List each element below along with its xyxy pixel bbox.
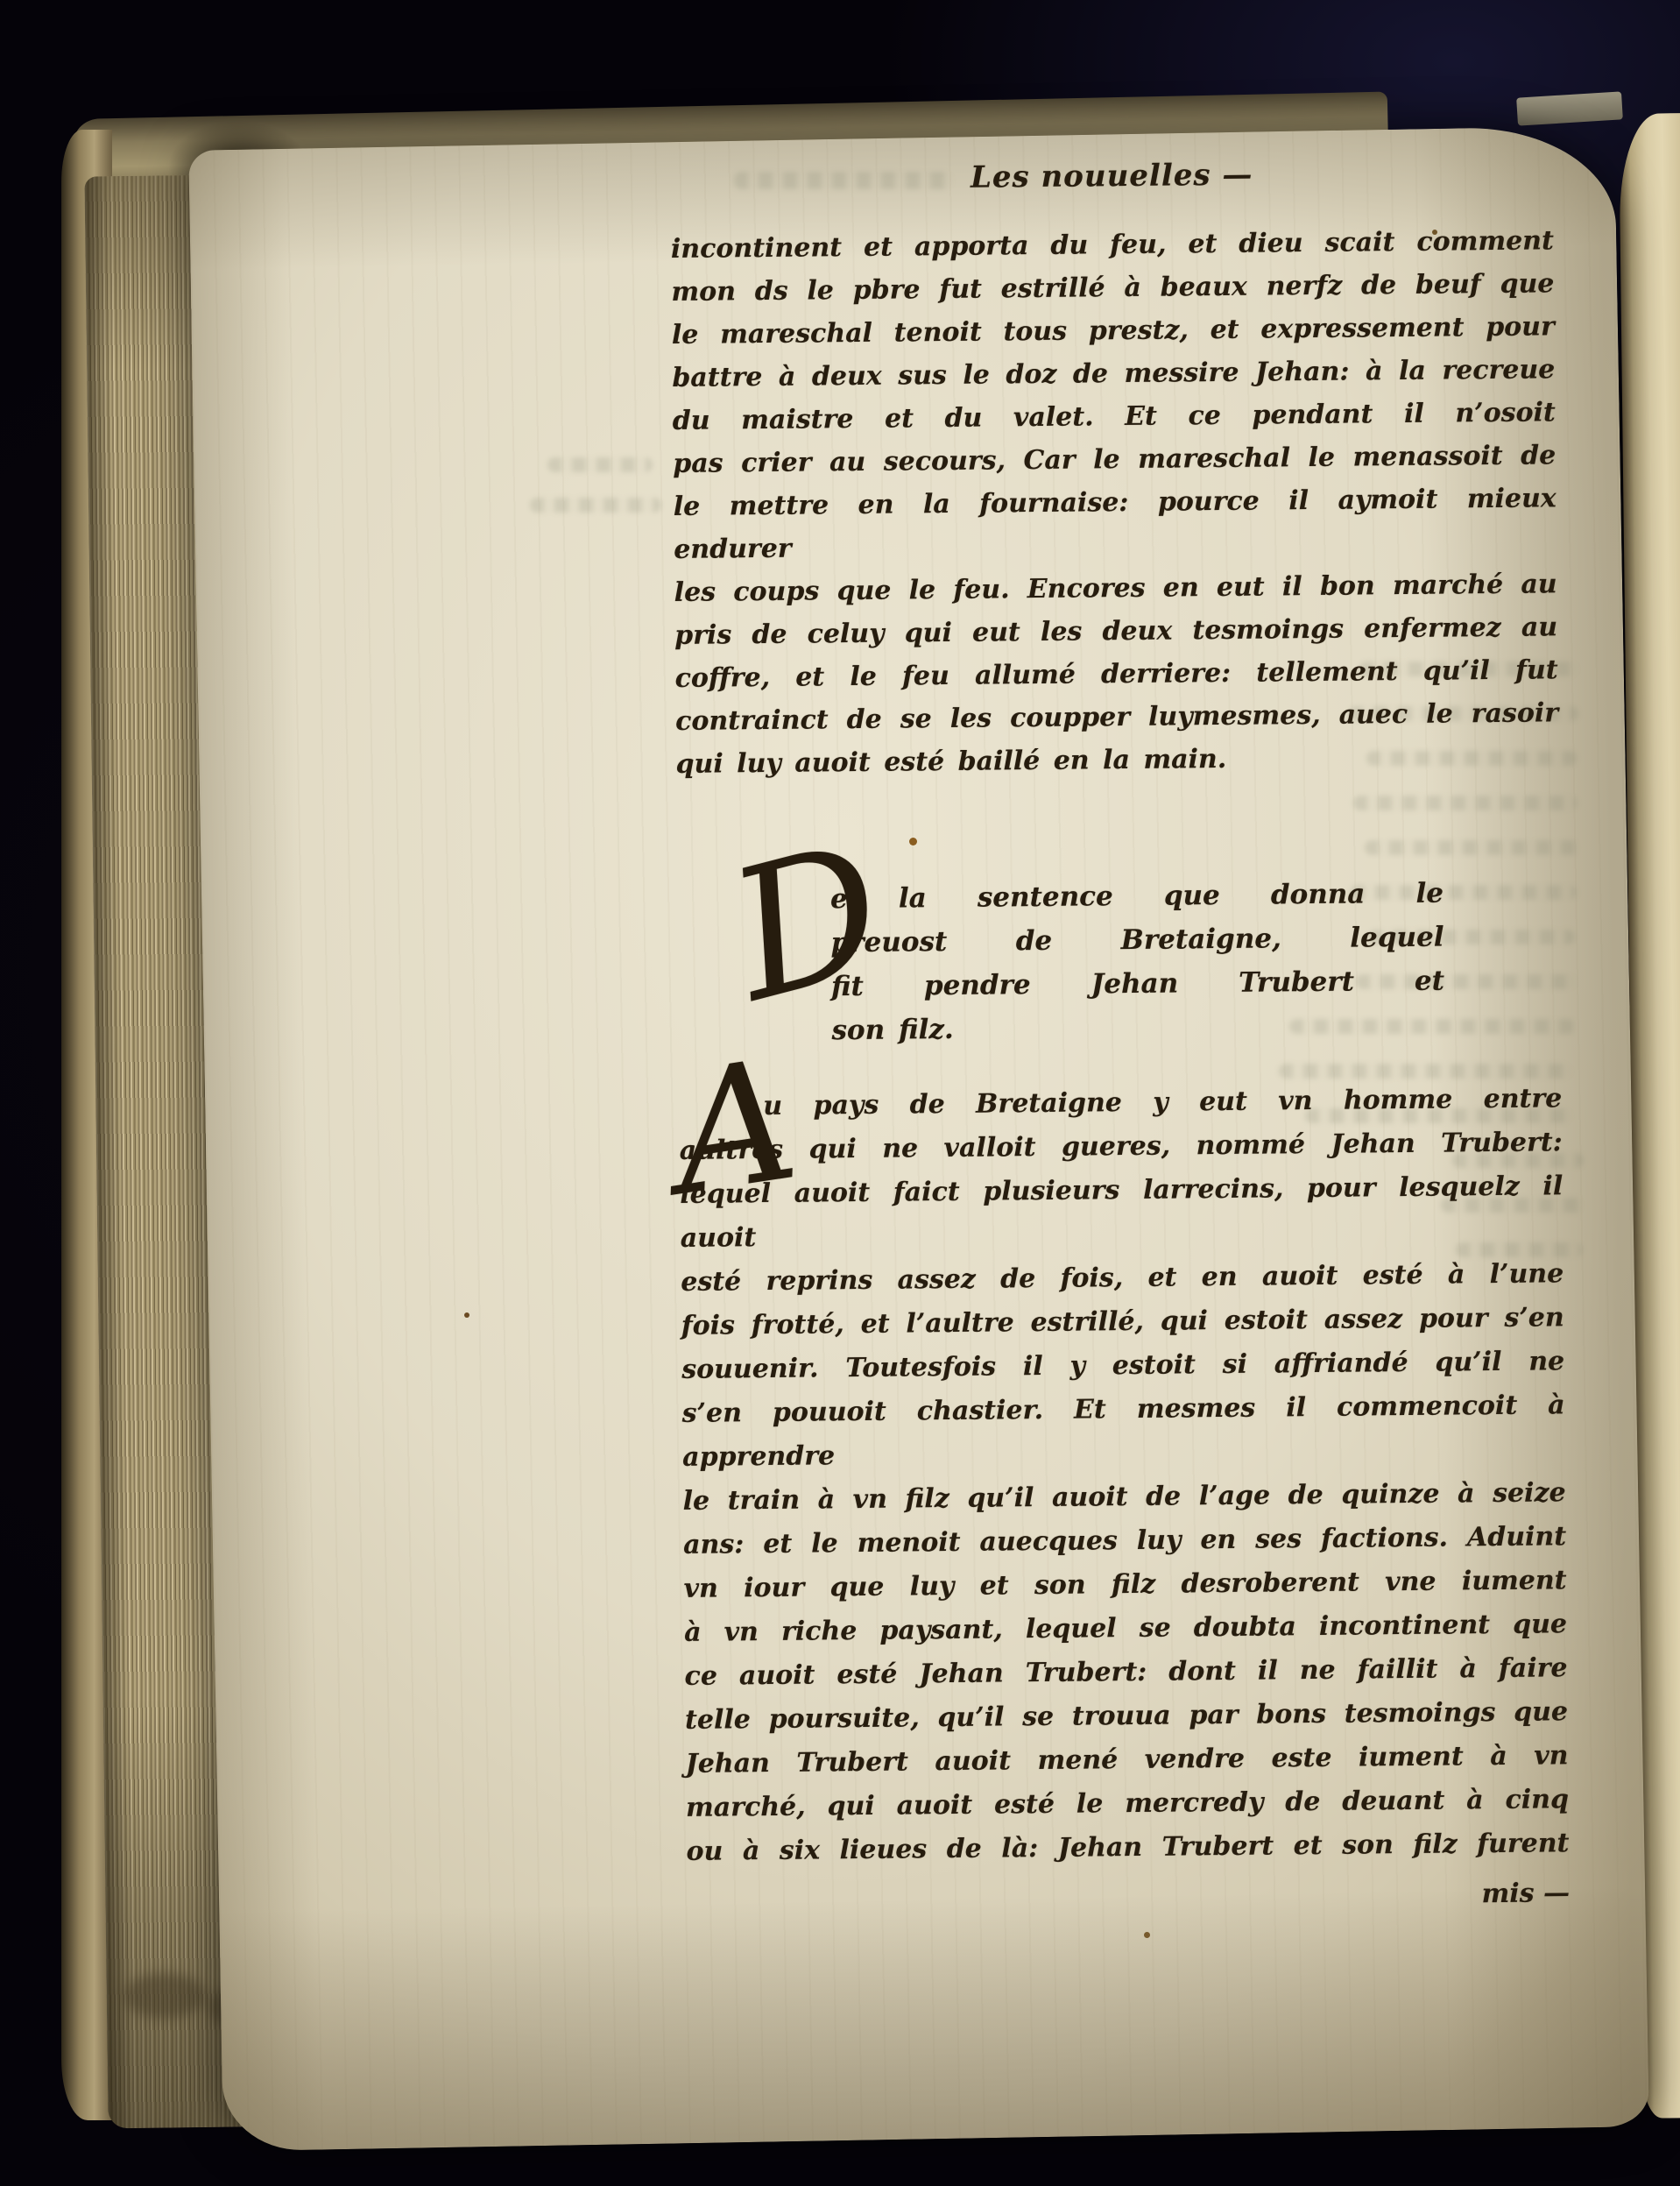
drop-cap-a: A [662, 1036, 806, 1219]
text-line: qui luy auoit esté baillé en la main. [675, 734, 1558, 786]
text-line: preuost de Bretaigne, lequel [830, 916, 1444, 966]
show-through-ghost [530, 498, 661, 513]
paragraph-first: incontinent et apporta du feu, et dieu s… [671, 219, 1559, 786]
fore-edge-stain [123, 1973, 206, 2019]
text-line: le mettre en la fournaise: pource il aym… [674, 477, 1557, 571]
text-line: ou à six lieues de là: Jehan Trubert et … [686, 1822, 1569, 1874]
text-line: lequel auoit faict plusieurs larrecins, … [680, 1164, 1564, 1261]
text-line: son filz. [831, 1003, 1444, 1053]
text-line: e la sentence que donna le [830, 872, 1444, 922]
ink-speck [1144, 1932, 1150, 1938]
paragraph-second: A u pays de Bretaigne y eut vn homme ent… [679, 1077, 1570, 1874]
text-line: contrainct de se les coupper luymesmes, … [675, 691, 1558, 743]
ink-speck [464, 1312, 469, 1318]
chapter-heading-lines: e la sentence que donna lepreuost de Bre… [830, 872, 1445, 1053]
text-line: fit pendre Jehan Trubert et [831, 959, 1444, 1009]
photo-background: Les nouuelles — incontinent et apporta d… [0, 0, 1680, 2186]
chapter-heading: D e la sentence que donna lepreuost de B… [830, 872, 1445, 1053]
spine-headband [1516, 91, 1623, 125]
ink-speck [1432, 230, 1437, 235]
text-line: s’en pouuoit chastier. Et mesmes il comm… [681, 1383, 1565, 1480]
ink-speck [909, 838, 917, 845]
show-through-ghost [547, 457, 653, 472]
running-title: Les nouuelles — [670, 154, 1553, 198]
drop-cap-d: D [716, 818, 900, 1029]
paragraph-second-lines: u pays de Bretaigne y eut vn homme entre… [679, 1077, 1570, 1874]
text-block: Les nouuelles — incontinent et apporta d… [670, 154, 1570, 1920]
